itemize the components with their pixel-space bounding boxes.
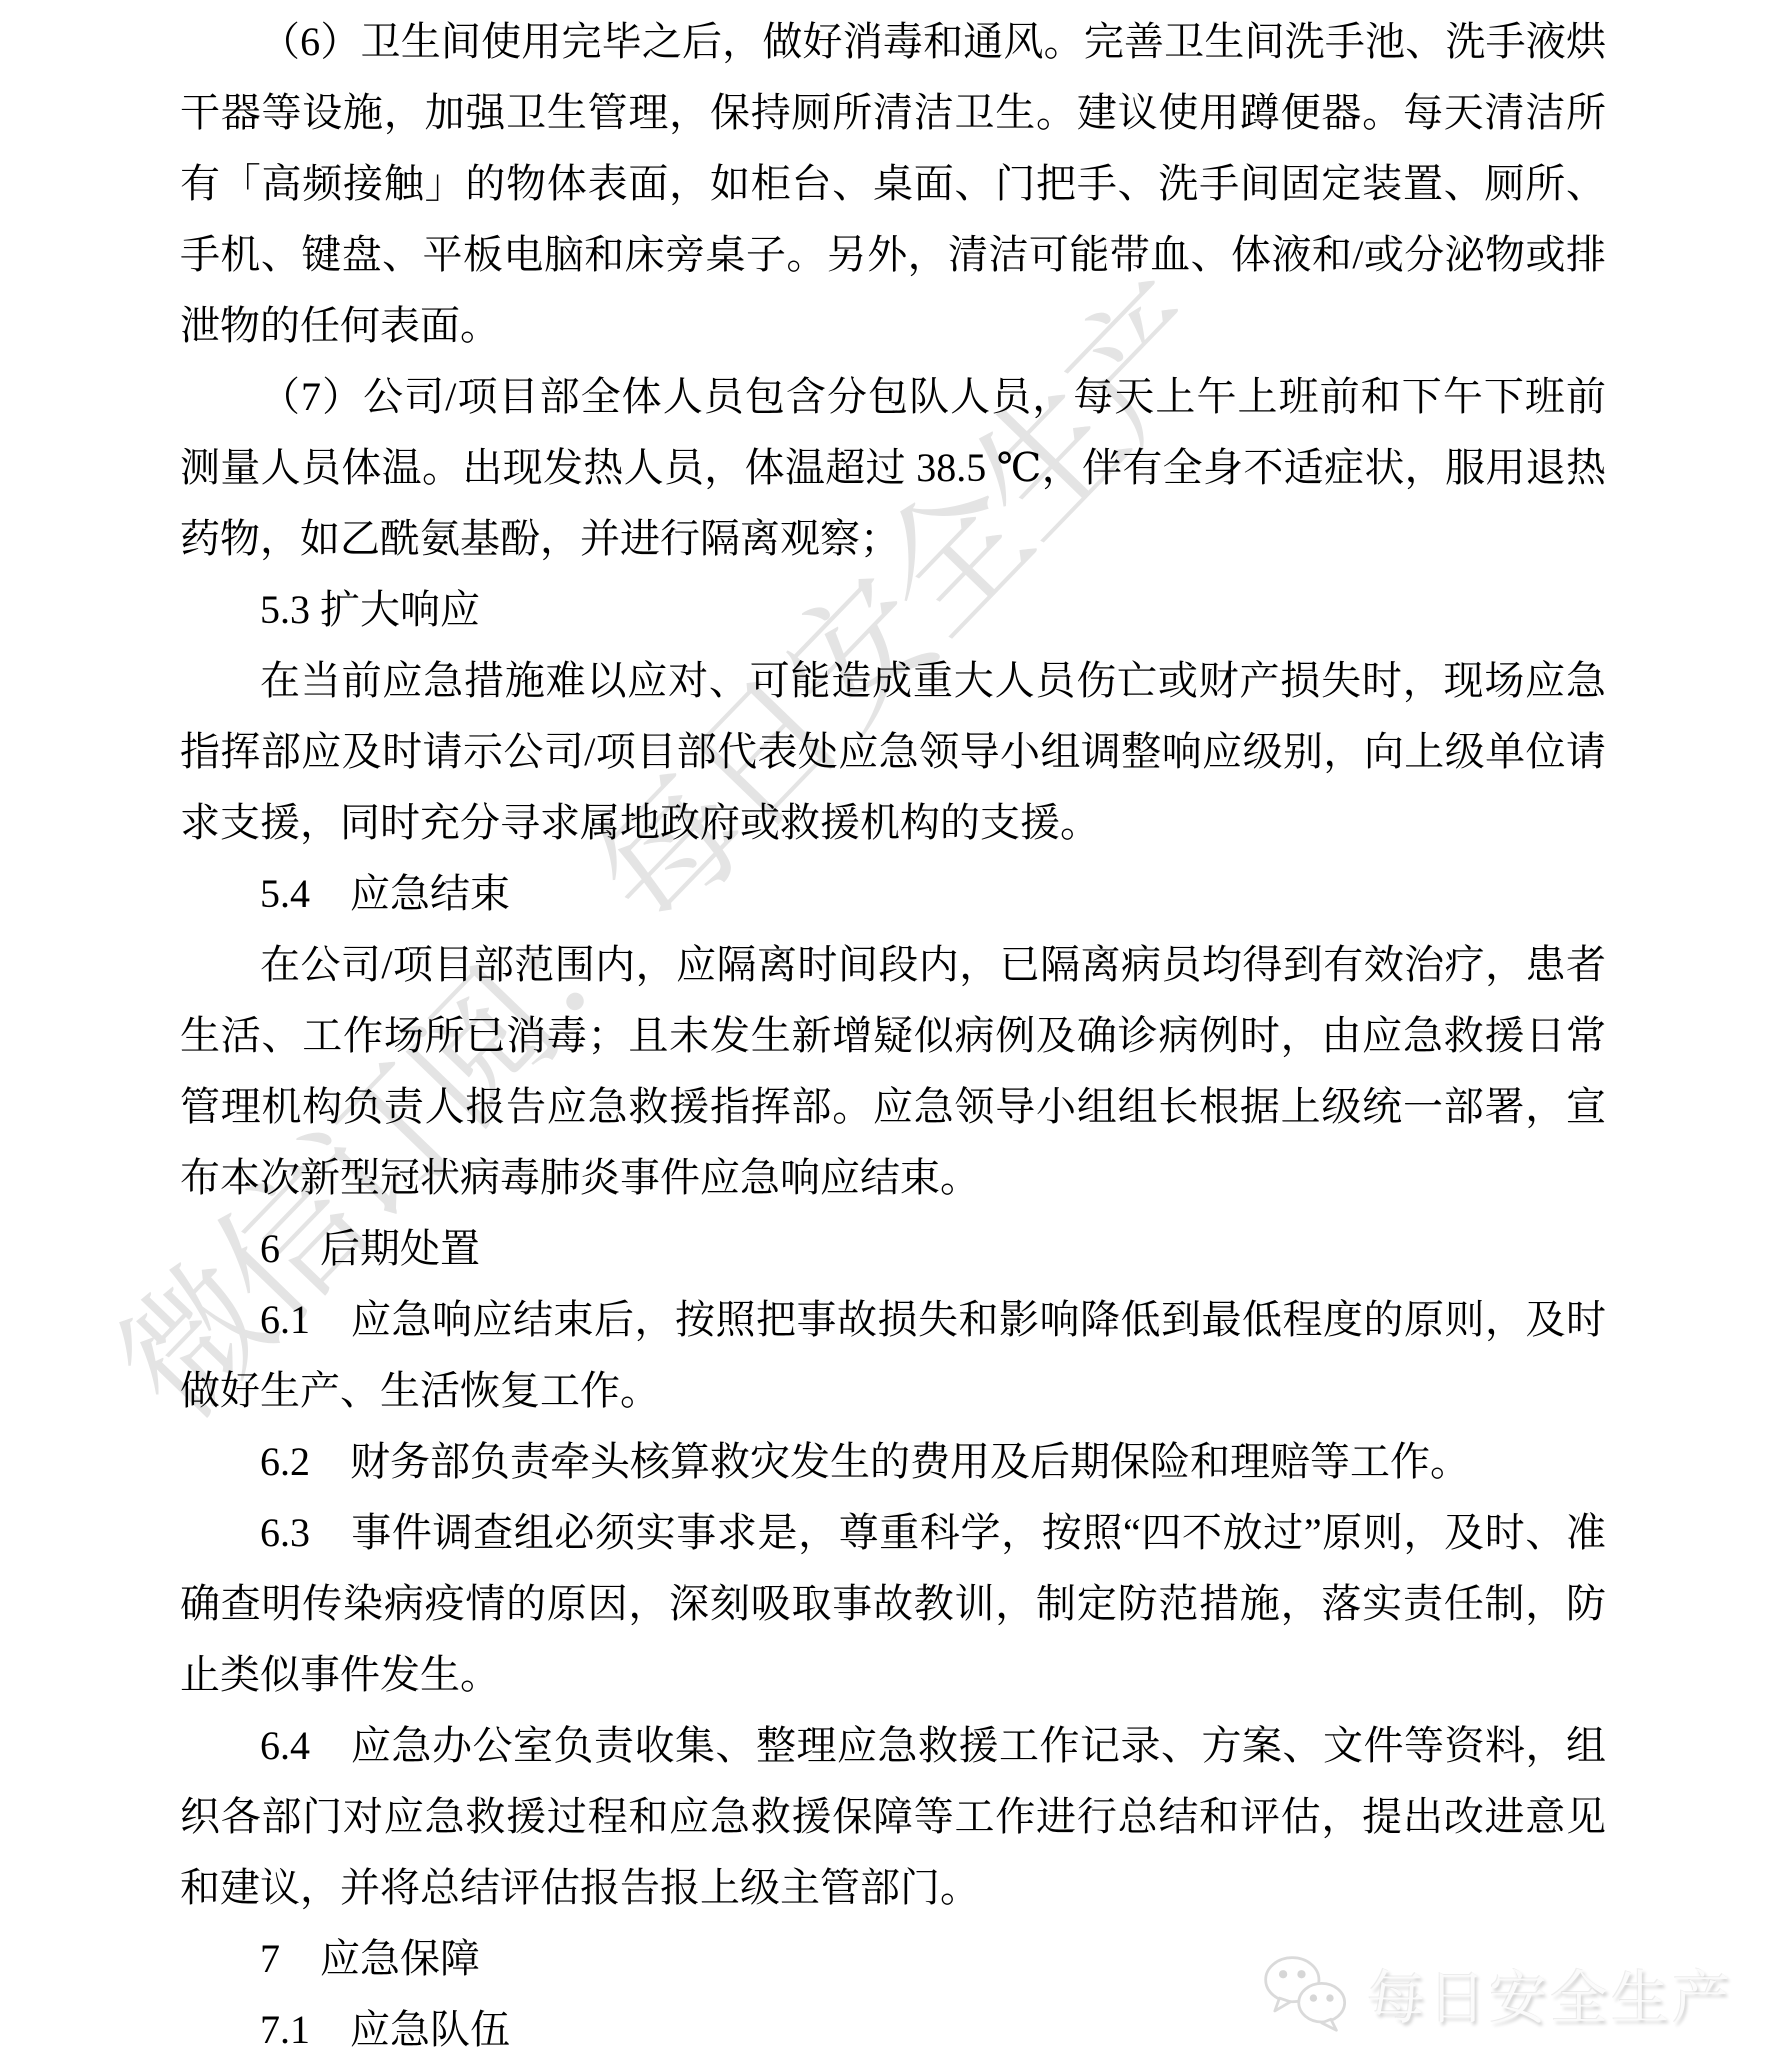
paragraph: 7 应急保障	[180, 1923, 1606, 1994]
paragraph: 7.1 应急队伍	[180, 1994, 1606, 2065]
paragraph: 6.2 财务部负责牵头核算救灾发生的费用及后期保险和理赔等工作。	[180, 1426, 1606, 1497]
paragraph: 6.3 事件调查组必须实事求是，尊重科学，按照“四不放过”原则，及时、准确查明传…	[180, 1497, 1606, 1710]
document-page: { "page": { "background_color": "#ffffff…	[0, 0, 1785, 2067]
paragraph: 在公司/项目部范围内，应隔离时间段内，已隔离病员均得到有效治疗，患者生活、工作场…	[180, 929, 1606, 1213]
paragraph: （7）公司/项目部全体人员包含分包队人员，每天上午上班前和下午下班前测量人员体温…	[180, 361, 1606, 574]
paragraph: 6.1 应急响应结束后，按照把事故损失和影响降低到最低程度的原则，及时做好生产、…	[180, 1284, 1606, 1426]
document-body: （6）卫生间使用完毕之后，做好消毒和通风。完善卫生间洗手池、洗手液烘干器等设施，…	[180, 6, 1606, 2065]
paragraph: 5.3 扩大响应	[180, 574, 1606, 645]
paragraph: 6 后期处置	[180, 1213, 1606, 1284]
paragraph: 6.4 应急办公室负责收集、整理应急救援工作记录、方案、文件等资料，组织各部门对…	[180, 1710, 1606, 1923]
paragraph: 在当前应急措施难以应对、可能造成重大人员伤亡或财产损失时，现场应急指挥部应及时请…	[180, 645, 1606, 858]
paragraph: （6）卫生间使用完毕之后，做好消毒和通风。完善卫生间洗手池、洗手液烘干器等设施，…	[180, 6, 1606, 361]
paragraph: 5.4 应急结束	[180, 858, 1606, 929]
